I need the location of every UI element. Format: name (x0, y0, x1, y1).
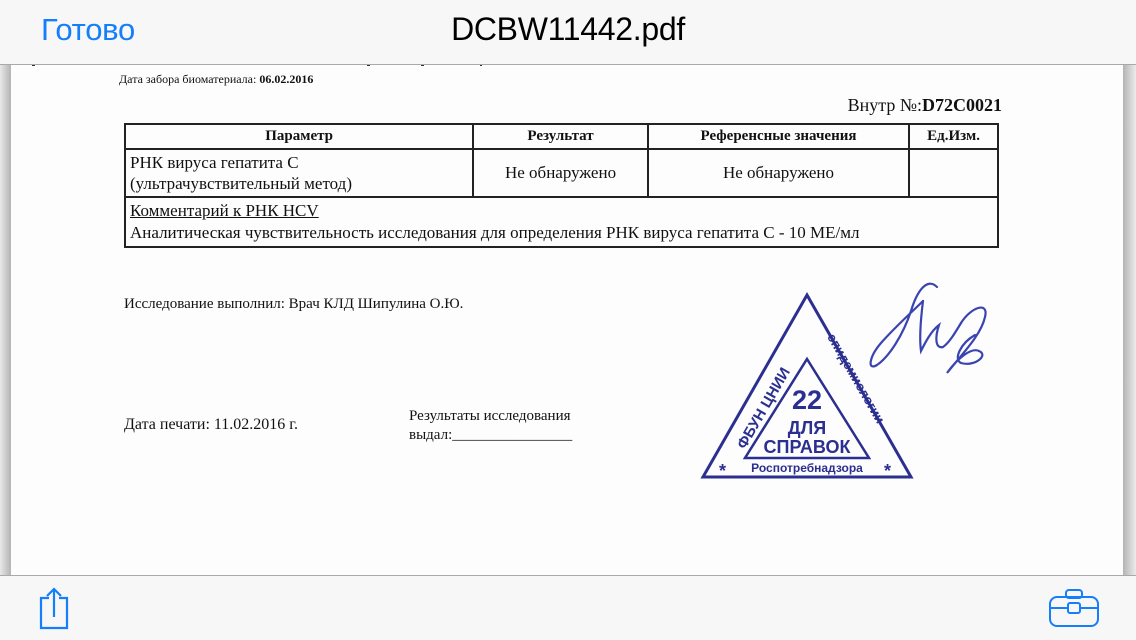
parameter-name: РНК вируса гепатита С (130, 152, 468, 173)
stamp-line-2: СПРАВОК (764, 437, 852, 457)
print-date: Дата печати: 11.02.2016 г. (124, 416, 298, 434)
stamp-star-left: * (719, 461, 726, 481)
comment-title: Комментарий к РНК HCV (130, 200, 993, 222)
share-icon (36, 586, 72, 630)
stamp-line-1: ДЛЯ (788, 418, 826, 438)
header-result: Результат (473, 124, 648, 149)
table-row: РНК вируса гепатита С (ультрачувствитель… (125, 149, 998, 197)
navigation-bar: Готово DCBW11442.pdf (0, 0, 1136, 65)
internal-number-value: D72C0021 (922, 95, 1002, 115)
comment-text: Аналитическая чувствительность исследова… (130, 222, 993, 244)
internal-number-label: Внутр №: (848, 95, 922, 115)
parameter-method: (ультрачувствительный метод) (130, 173, 468, 194)
internal-number: Внутр №:D72C0021 (848, 95, 1002, 116)
header-parameter: Параметр (125, 124, 473, 149)
sample-date: Дата забора биоматериала: 06.02.2016 (119, 72, 313, 87)
table-header-row: Параметр Результат Референсные значения … (125, 124, 998, 149)
issued-line-2: выдал:________________ (409, 426, 572, 445)
share-button[interactable] (36, 586, 72, 630)
document-title: DCBW11442.pdf (0, 11, 1136, 48)
pdf-page: Дата забора биоматериала: 06.02.2016 Вну… (11, 65, 1123, 575)
stamp-number: 22 (792, 385, 822, 415)
comment-cell: Комментарий к РНК HCV Аналитическая чувс… (125, 197, 998, 247)
page-shadow-right (1123, 65, 1136, 575)
stamp-bottom-text: Роспотребнадзора (751, 461, 863, 475)
parameter-cell: РНК вируса гепатита С (ультрачувствитель… (125, 149, 473, 197)
bottom-toolbar (0, 575, 1136, 640)
signature (871, 284, 986, 373)
issued-line-1: Результаты исследования (409, 407, 572, 426)
cut-off-previous-line (11, 65, 1123, 67)
official-stamp: ФБУН ЦНИИ эпидемиологии 22 ДЛЯ СПРАВОК Р… (699, 277, 999, 489)
performed-by: Исследование выполнил: Врач КЛД Шипулина… (124, 296, 463, 313)
comment-row: Комментарий к РНК HCV Аналитическая чувс… (125, 197, 998, 247)
sample-date-value: 06.02.2016 (259, 72, 313, 86)
results-table: Параметр Результат Референсные значения … (124, 123, 999, 248)
result-cell: Не обнаружено (473, 149, 648, 197)
page-shadow-left (0, 65, 11, 575)
reference-cell: Не обнаружено (648, 149, 909, 197)
toolbox-icon (1046, 588, 1102, 628)
tools-button[interactable] (1046, 588, 1102, 628)
stamp-star-right: * (884, 461, 891, 481)
unit-cell (909, 149, 998, 197)
pdf-viewer[interactable]: Дата забора биоматериала: 06.02.2016 Вну… (0, 65, 1136, 575)
sample-date-label: Дата забора биоматериала: (119, 72, 256, 86)
header-unit: Ед.Изм. (909, 124, 998, 149)
header-reference: Референсные значения (648, 124, 909, 149)
results-issued-by: Результаты исследования выдал:__________… (409, 407, 572, 445)
